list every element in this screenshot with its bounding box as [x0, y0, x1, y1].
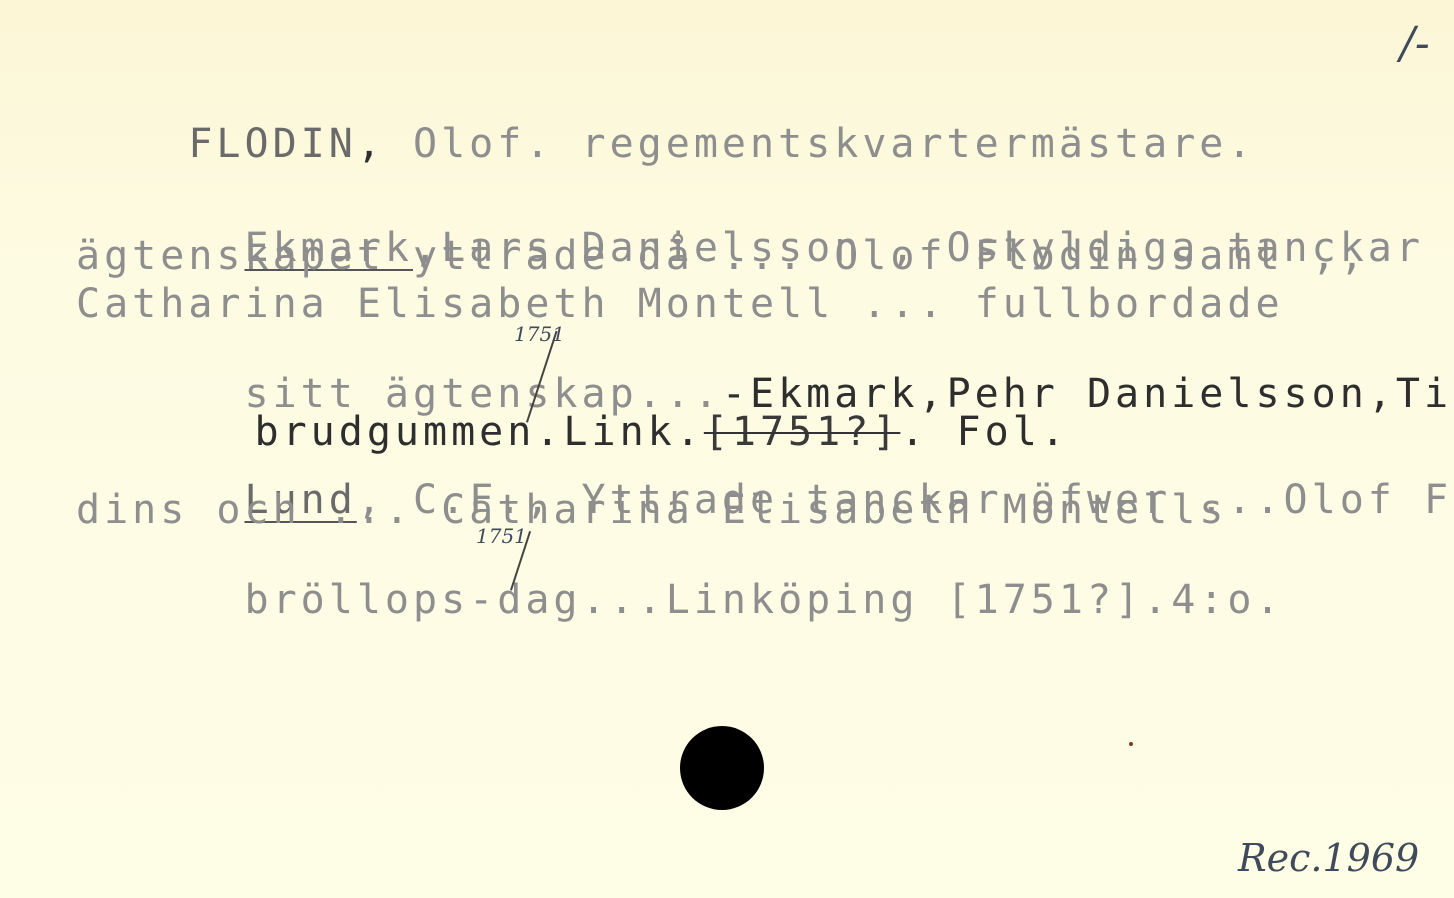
- footer-note: Rec.1969: [1238, 836, 1419, 880]
- entry2-line3-a: bröllops-dag...: [245, 577, 666, 623]
- entry2-line2: dins och ... Catharina Elisabeth Montell…: [76, 490, 1227, 530]
- heading-sep: ,: [357, 121, 413, 167]
- corner-mark: /-: [1400, 18, 1430, 69]
- card-heading: FLODIN, Olof. regementskvartermästare.: [76, 84, 1255, 204]
- entry2-handwritten-year: 1751: [476, 524, 527, 548]
- entry2-line3-b: Linköping [1751?].4:o.: [666, 577, 1284, 623]
- entry1-line2: ägtenskapet yttrade då ... Olof Flodin s…: [76, 236, 1368, 276]
- heading-rest: . regementskvartermästare.: [525, 121, 1255, 167]
- ink-speck: [1129, 742, 1133, 746]
- entry2-line3: bröllops-dag...Linköping [1751?].4:o.: [76, 540, 1284, 660]
- catalog-card: /- FLODIN, Olof. regementskvartermästare…: [0, 0, 1454, 898]
- entry1-line3: Catharina Elisabeth Montell ... fullbord…: [76, 284, 1284, 324]
- punch-hole: [680, 726, 764, 810]
- heading-surname: FLODIN: [188, 121, 357, 167]
- heading-given: Olof: [413, 121, 525, 167]
- entry1-handwritten-year: 1751: [514, 322, 565, 346]
